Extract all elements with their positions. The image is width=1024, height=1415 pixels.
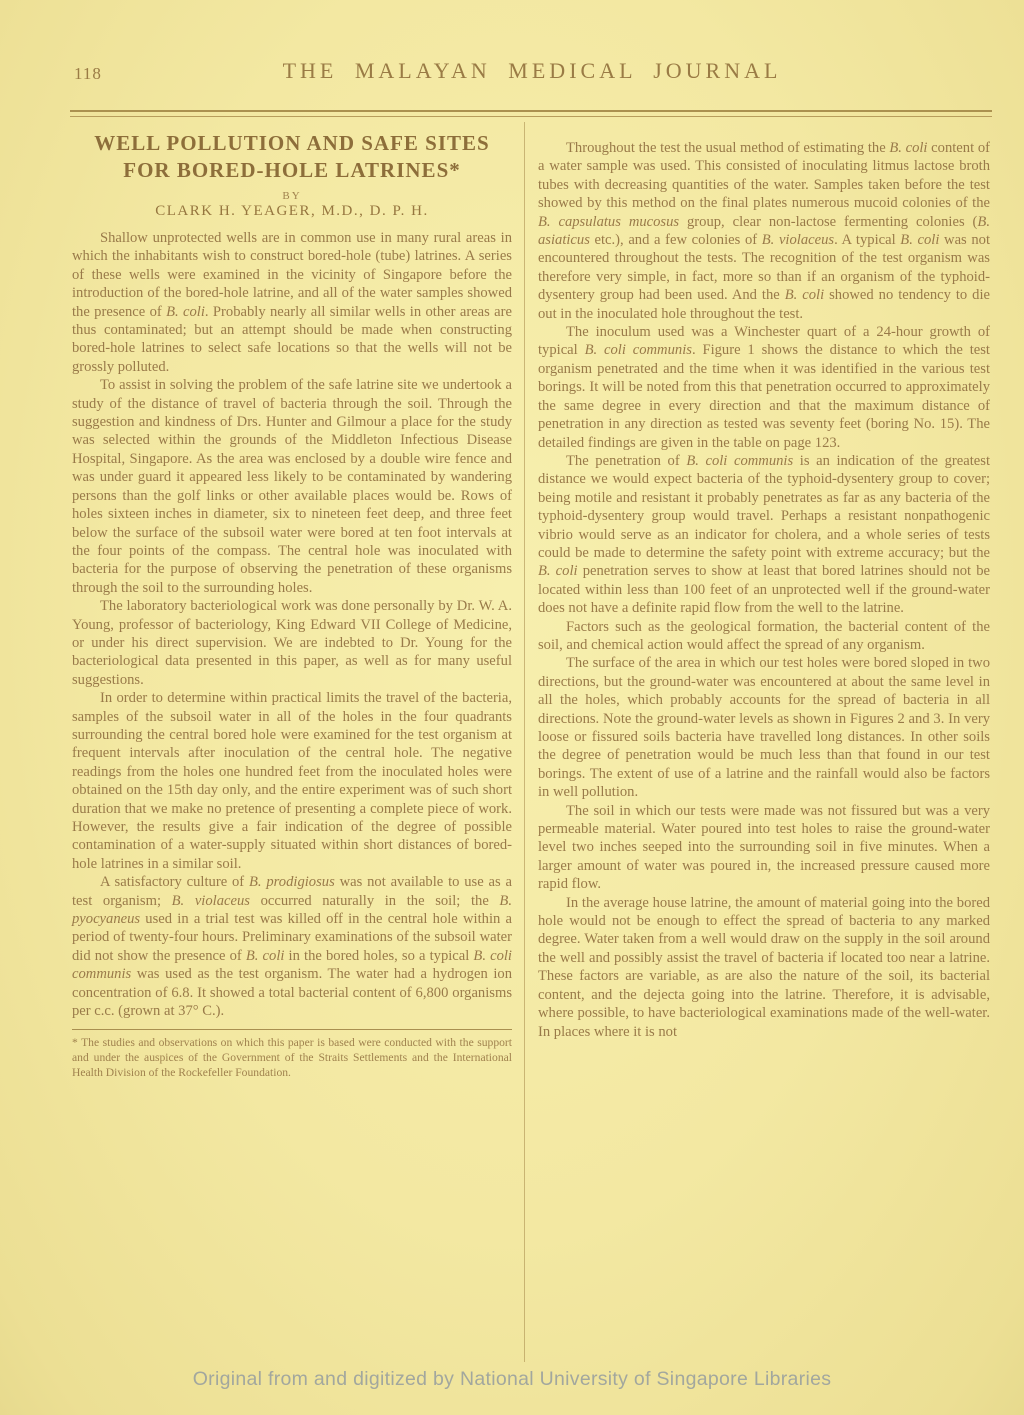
- author-name: CLARK H. YEAGER, M.D., D. P. H.: [72, 203, 512, 220]
- right-column-body: Throughout the test the usual method of …: [538, 139, 990, 1041]
- paragraph: Throughout the test the usual method of …: [538, 139, 990, 323]
- paragraph: The surface of the area in which our tes…: [538, 654, 990, 801]
- paragraph: Factors such as the geological formation…: [538, 618, 990, 655]
- paragraph: To assist in solving the problem of the …: [72, 376, 512, 597]
- footnote: * The studies and observations on which …: [72, 1029, 512, 1080]
- journal-title: THE MALAYAN MEDICAL JOURNAL: [72, 58, 992, 84]
- right-column: Throughout the test the usual method of …: [538, 139, 990, 1041]
- header-double-rule: [70, 110, 992, 117]
- paragraph: The laboratory bacteriological work was …: [72, 597, 512, 689]
- paragraph: The inoculum used was a Winchester quart…: [538, 323, 990, 452]
- article-title: WELL POLLUTION AND SAFE SITES FOR BORED-…: [72, 130, 512, 184]
- scanned-page: 118 THE MALAYAN MEDICAL JOURNAL WELL POL…: [0, 0, 1024, 1415]
- byline-label: BY: [72, 190, 512, 202]
- paragraph: Shallow unprotected wells are in common …: [72, 229, 512, 376]
- paragraph: In the average house latrine, the amount…: [538, 894, 990, 1041]
- paragraph: The penetration of B. coli communis is a…: [538, 452, 990, 618]
- paragraph: A satisfactory culture of B. prodigiosus…: [72, 873, 512, 1020]
- left-column: WELL POLLUTION AND SAFE SITES FOR BORED-…: [72, 130, 512, 1080]
- paragraph: The soil in which our tests were made wa…: [538, 802, 990, 894]
- paragraph: In order to determine within practical l…: [72, 689, 512, 873]
- left-column-body: Shallow unprotected wells are in common …: [72, 229, 512, 1020]
- digitization-credit: Original from and digitized by National …: [0, 1368, 1024, 1391]
- column-divider: [524, 122, 525, 1362]
